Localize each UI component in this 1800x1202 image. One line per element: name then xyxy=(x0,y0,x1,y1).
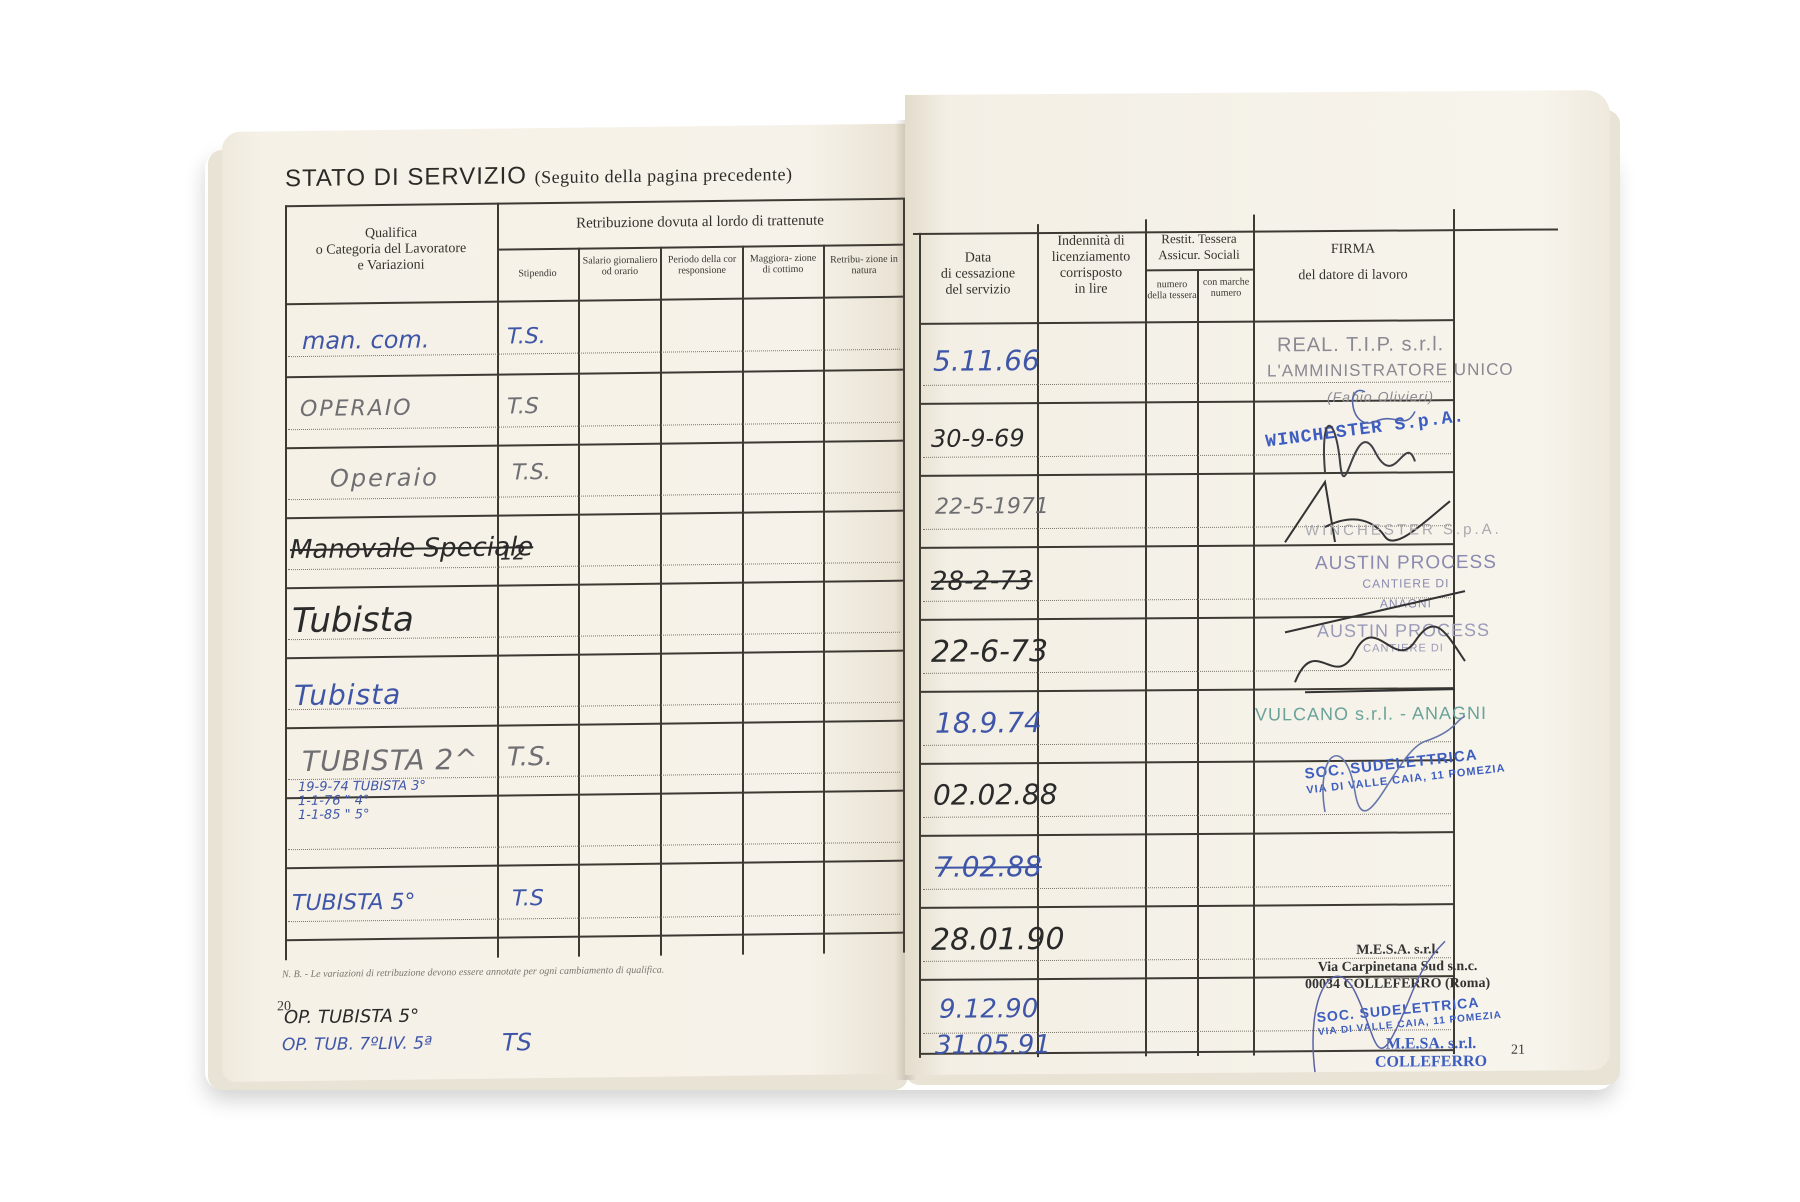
row-4-data-struck: 28-2-73 xyxy=(931,566,1032,597)
row-lines xyxy=(905,90,1610,95)
col-divider-numero-tessera xyxy=(1197,269,1199,1056)
row-6-data: 18.9.74 xyxy=(935,706,1042,740)
page-number-right: 21 xyxy=(1511,1043,1525,1059)
row-line xyxy=(919,831,1453,836)
signature-icon xyxy=(1305,711,1475,822)
retribuzione-subheader-line xyxy=(497,244,903,250)
col-divider-indennita xyxy=(1145,219,1147,1056)
row-4-qualifica-struck: Manovale Speciale xyxy=(290,532,533,565)
header-qualifica: Qualifica o Categoria del Lavoratore e V… xyxy=(285,225,497,276)
row-6-qualifica: Tubista xyxy=(294,678,401,712)
below-note-2: OP. TUB. 7ºLIV. 5ª xyxy=(282,1033,432,1055)
row-3-data: 22-5-1971 xyxy=(935,494,1049,520)
signature-icon xyxy=(1295,931,1465,1082)
dotted-line xyxy=(288,422,900,430)
col-divider-salario xyxy=(660,247,662,956)
table-left-border xyxy=(919,233,921,1058)
row-7-data: 02.02.88 xyxy=(933,778,1058,812)
variation-line: 1-1-85 " 5° xyxy=(298,808,426,824)
row-3-stipendio: T.S. xyxy=(512,460,551,485)
row-line xyxy=(285,720,903,729)
header-numero-tessera: numero della tessera xyxy=(1147,279,1197,301)
header-line: in lire xyxy=(1037,281,1145,298)
col-divider-maggiorazione xyxy=(823,245,825,954)
signature-icon xyxy=(1275,571,1475,712)
col-divider-qualifica xyxy=(497,203,499,958)
row-line xyxy=(285,510,903,519)
below-note-3: TS xyxy=(502,1028,532,1056)
below-date-1: 9.12.90 xyxy=(939,994,1038,1025)
below-note-1: OP. TUBISTA 5° xyxy=(284,1006,419,1029)
row-line xyxy=(285,580,903,589)
header-restit-tessera: Restit. Tessera Assicur. Sociali xyxy=(1145,231,1253,264)
row-5-data: 22-6-73 xyxy=(931,634,1048,670)
row-line xyxy=(285,932,903,941)
row-lines xyxy=(222,124,912,132)
table-left-border xyxy=(285,205,287,960)
row-1-stipendio: T.S. xyxy=(507,324,546,349)
stamp-winchester-faded: WINCHESTER S.p.A. xyxy=(1305,521,1502,539)
row-line xyxy=(285,860,903,869)
dotted-line xyxy=(288,492,900,500)
footnote: N. B. - Le variazioni di retribuzione de… xyxy=(282,962,902,981)
header-line: licenziamento xyxy=(1037,249,1145,266)
row-7-variations: 19-9-74 TUBISTA 3° 1-1-76 " 4° 1-1-85 " … xyxy=(298,780,426,824)
title-subtitle: (Seguito della pagina precedente) xyxy=(535,164,793,187)
header-retribuzione-natura: Retribu- zione in natura xyxy=(826,254,902,277)
row-5-qualifica: Tubista xyxy=(292,600,414,641)
header-line: del servizio xyxy=(919,282,1037,299)
header-line: del datore di lavoro xyxy=(1253,267,1453,284)
header-periodo: Periodo della cor responsione xyxy=(664,254,740,277)
header-line: corrisposto xyxy=(1037,265,1145,282)
row-2-qualifica: OPERAIO xyxy=(300,396,413,422)
col-divider-restit xyxy=(1253,215,1255,1056)
row-8-data-struck: 7.02.88 xyxy=(935,850,1042,884)
header-salario: Salario giornaliero od orario xyxy=(582,255,658,278)
row-2-data: 30-9-69 xyxy=(931,424,1025,453)
header-bottom-border xyxy=(285,296,903,306)
page-title: STATO DI SERVIZIO (Seguito della pagina … xyxy=(285,159,793,193)
header-firma: FIRMA del datore di lavoro xyxy=(1253,241,1453,284)
right-page: Data di cessazione del servizio Indennit… xyxy=(905,90,1610,1075)
row-3-qualifica: Operaio xyxy=(330,463,439,492)
header-con-marche: con marche numero xyxy=(1199,277,1253,299)
row-2-stipendio: T.S xyxy=(507,394,539,419)
header-line: Data xyxy=(919,250,1037,267)
header-line: Indennità di xyxy=(1037,233,1145,250)
title-text: STATO DI SERVIZIO xyxy=(285,162,527,192)
header-maggiorazione: Maggiora- zione di cottimo xyxy=(746,253,820,276)
header-retribuzione: Retribuzione dovuta al lordo di trattenu… xyxy=(497,212,903,233)
left-page: STATO DI SERVIZIO (Seguito della pagina … xyxy=(222,124,912,1082)
header-line: Assicur. Sociali xyxy=(1145,247,1253,264)
row-line xyxy=(285,440,903,449)
header-line: e Variazioni xyxy=(285,257,497,276)
header-stipendio: Stipendio xyxy=(497,268,578,280)
row-line xyxy=(919,903,1453,908)
table-top-border xyxy=(285,198,903,208)
row-9-data: 28.01.90 xyxy=(931,922,1065,958)
row-line xyxy=(285,369,903,378)
row-7-qualifica: TUBISTA 2^ xyxy=(302,743,479,778)
header-bottom-border xyxy=(919,319,1453,325)
col-divider-periodo xyxy=(742,246,744,955)
row-1-qualifica: man. com. xyxy=(302,325,429,355)
header-data-cessazione: Data di cessazione del servizio xyxy=(919,250,1037,299)
row-9-stipendio: T.S xyxy=(512,886,544,911)
header-line: di cessazione xyxy=(919,266,1037,283)
row-9-qualifica: TUBISTA 5° xyxy=(292,890,416,917)
row-7-stipendio: T.S. xyxy=(507,742,553,773)
restit-subheader-line xyxy=(1145,269,1253,271)
row-1-data: 5.11.66 xyxy=(933,344,1040,378)
stamp-line: REAL. T.I.P. s.r.l. xyxy=(1277,331,1514,359)
header-indennita: Indennità di licenziamento corrisposto i… xyxy=(1037,233,1145,298)
dotted-line xyxy=(288,842,900,850)
dotted-line xyxy=(923,885,1451,890)
header-line: Restit. Tessera xyxy=(1145,231,1253,248)
below-date-2: 31.05.91 xyxy=(935,1030,1051,1061)
col-divider-stipendio xyxy=(578,248,580,957)
header-line: o Categoria del Lavoratore xyxy=(285,241,497,260)
row-line xyxy=(285,650,903,659)
header-line: FIRMA xyxy=(1253,241,1453,258)
row-4-stipendio: 12 xyxy=(500,540,525,564)
